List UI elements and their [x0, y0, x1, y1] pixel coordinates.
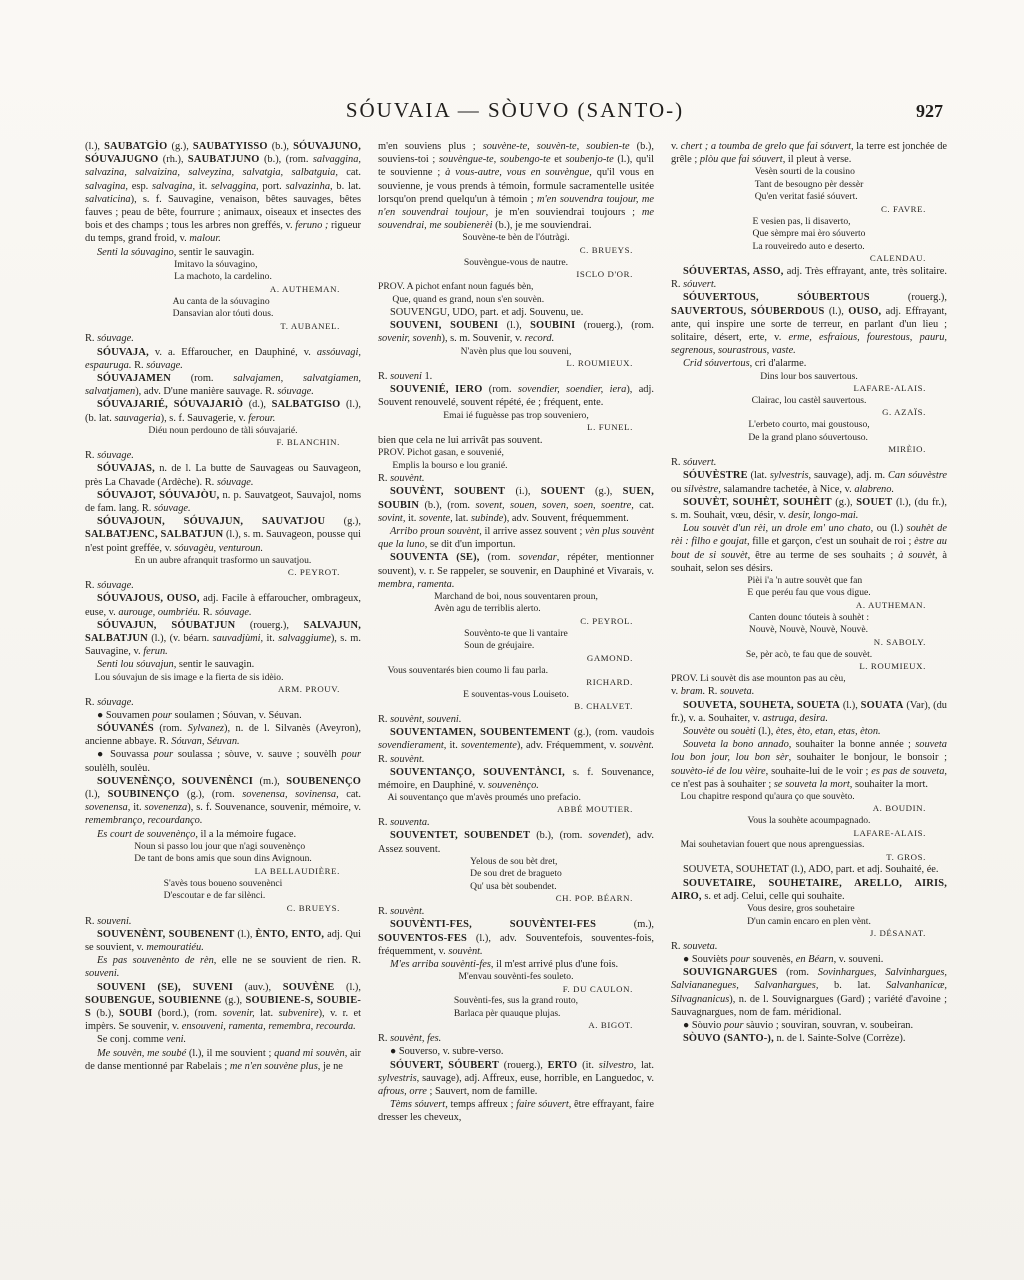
entry-paragraph: SÓUVAJAS, n. de l. La butte de Sauvageas… [85, 462, 361, 488]
continuation-paragraph: m'en souviens plus ; souvène-te, souvèn-… [378, 140, 654, 232]
entry-paragraph: SOUVENI (SE), SUVENI (auv.), SOUVÈNE (l.… [85, 981, 361, 1034]
attribution: CH. POP. BÉARN. [378, 893, 654, 905]
attribution: LA BELLAUDIÈRE. [85, 866, 361, 878]
verse-quote: M'envau souvènti-fes souleto. [459, 971, 574, 983]
quote-paragraph: Ai souventanço que m'avès proumés uno pr… [378, 792, 654, 804]
entry-paragraph: SÒUVO (SANTO-), n. de l. Sainte-Solve (C… [671, 1032, 947, 1045]
attribution: CALENDAU. [671, 253, 947, 265]
continuation-paragraph: bien que cela ne lui arrivât pas souvent… [378, 434, 654, 447]
entry-paragraph: SOUVETA, SOUHETAT (l.), ADO, part. et ad… [671, 863, 947, 876]
entry-paragraph: Es pas souvenènto de rèn, elle ne se sou… [85, 954, 361, 980]
verse-quote: Vous la souhète acoumpagnado. [748, 815, 871, 827]
attribution: A. BOUDIN. [671, 803, 947, 815]
entry-paragraph: SÓUVERTAS, ASSO, adj. Très effrayant, an… [671, 265, 947, 291]
continuation-paragraph: R. souvènt. [378, 905, 654, 918]
entry-paragraph: SOUVENTANÇO, SOUVENTÀNCI, s. f. Souvenan… [378, 766, 654, 792]
entry-paragraph: Me souvèn, me soubé (l.), il me souvient… [85, 1047, 361, 1073]
entry-paragraph: Arribo proun souvènt, il arrive assez so… [378, 525, 654, 551]
quote-paragraph: Mai souhetavian fouert que nous aprengue… [671, 839, 947, 851]
quote-paragraph: Vous souventarés bien coumo li fau parla… [378, 665, 654, 677]
entry-paragraph: SOUVENTET, SOUBENDET (b.), (rom. sovende… [378, 829, 654, 855]
verse-quote: Marchand de boi, nous souventaren proun,… [434, 591, 598, 616]
entry-paragraph: SOUVENI, SOUBENI (l.), SOUBINI (rouerg.)… [378, 319, 654, 345]
proverb: PROV. Li souvèt dis ase mounton pas au c… [671, 673, 947, 685]
entry-paragraph: SOUVENGU, UDO, part. et adj. Souvenu, ue… [378, 306, 654, 319]
entry-paragraph: SÓUVAJAMEN (rom. salvajamen, salvatgiame… [85, 372, 361, 398]
continuation-paragraph: R. souveni 1. [378, 370, 654, 383]
entry-paragraph: ● Souvièts pour souvenès, en Béarn, v. s… [671, 953, 947, 966]
verse-quote: En un aubre afranquit trasformo un sauva… [135, 555, 312, 567]
attribution: ARM. PROUV. [85, 684, 361, 696]
entry-paragraph: SÓUVAJA, v. a. Effaroucher, en Dauphiné,… [85, 346, 361, 372]
entry-paragraph: SÓUVERT, SÓUBERT (rouerg.), ERTO (it. si… [378, 1059, 654, 1099]
verse-quote: E vesien pas, li disaverto,Que sèmpre ma… [753, 216, 866, 253]
continuation-paragraph: R. souvènt, fes. [378, 1032, 654, 1045]
page-number: 927 [684, 101, 945, 122]
entry-paragraph: SOUVÈNT, SOUBENT (i.), SOUENT (g.), SUEN… [378, 485, 654, 525]
attribution: C. BRUEYS. [378, 245, 654, 257]
verse-quote: N'avèn plus que lou souveni, [461, 346, 572, 358]
attribution: RICHARD. [378, 677, 654, 689]
verse-quote: Souvènti-fes, sus la grand routo,Barlaca… [454, 995, 578, 1020]
verse-quote: Se, pèr acò, te fau que de souvèt. [746, 649, 872, 661]
entry-paragraph: SÓUVANÉS (rom. Sylvanez), n. de l. Silva… [85, 722, 361, 748]
entry-paragraph: SÓUVAJOUN, SÓUVAJUN, SAUVATJOU (g.), SAL… [85, 515, 361, 555]
entry-paragraph: SÓUVAJUN, SÓUBATJUN (rouerg.), SALVAJUN,… [85, 619, 361, 659]
entry-paragraph: SÓUVERTOUS, SÓUBERTOUS (rouerg.), SAUVER… [671, 291, 947, 357]
entry-paragraph: SOUVÈT, SOUHÈT, SOUHÈIT (g.), SOUET (l.)… [671, 496, 947, 522]
verse-quote: Au canta de la sóuvaginoDansavian alor t… [173, 296, 274, 321]
attribution: F. DU CAULON. [378, 984, 654, 996]
continuation-paragraph: v. bram. R. souveta. [671, 685, 947, 698]
continuation-paragraph: R. sóuvage. [85, 696, 361, 709]
entry-paragraph: Se conj. comme veni. [85, 1033, 361, 1046]
verse-quote: Pièi i'a 'n autre souvèt que fanE que pe… [747, 575, 870, 600]
proverb: PROV. A pichot enfant noun fagués bèn, Q… [378, 281, 654, 306]
entry-paragraph: ● Sòuvio pour sàuvio ; souviran, souvran… [671, 1019, 947, 1032]
proverb: PROV. Pichot gasan, e souvenié, Emplis l… [378, 447, 654, 472]
entry-paragraph: SOUVETAIRE, SOUHETAIRE, ARELLO, AIRIS, A… [671, 877, 947, 903]
attribution: ABBÉ MOUTIER. [378, 804, 654, 816]
attribution: A. BIGOT. [378, 1020, 654, 1032]
entry-paragraph: SOUVÈNTI-FES, SOUVÈNTEI-FES (m.), SOUVEN… [378, 918, 654, 958]
continuation-paragraph: R. souveta. [671, 940, 947, 953]
entry-paragraph: Senti la sóuvagino, sentir le sauvagin. [85, 246, 361, 259]
attribution: C. BRUEYS. [85, 903, 361, 915]
column-1: (l.), SAUBATGÌO (g.), SAUBATYISSO (b.), … [85, 140, 361, 1270]
attribution: C. FAVRE. [671, 204, 947, 216]
entry-paragraph: Tèms sóuvert, temps affreux ; faire sóuv… [378, 1098, 654, 1124]
entry-paragraph: Senti lou sóuvajun, sentir le sauvagin. [85, 658, 361, 671]
continuation-paragraph: R. sóuvage. [85, 449, 361, 462]
entry-paragraph: ● Souvassa pour soulassa ; sòuve, v. sau… [85, 748, 361, 774]
attribution: C. PEYROT. [85, 567, 361, 579]
verse-quote: Dins lour bos sauvertous. [760, 371, 858, 383]
attribution: A. AUTHEMAN. [85, 284, 361, 296]
entry-paragraph: Souvète ou souèti (l.), ètes, èto, etan,… [671, 725, 947, 738]
verse-quote: Noun si passo lou jour que n'agi souvenè… [134, 841, 312, 866]
column-3: v. chert ; a toumba de grelo que fai sóu… [671, 140, 947, 1270]
continuation-paragraph: v. chert ; a toumba de grelo que fai sóu… [671, 140, 947, 166]
verse-quote: E souventas-vous Louiseto. [463, 689, 569, 701]
entry-paragraph: SÓUVAJOT, SÓUVAJÒU, n. p. Sauvatgeot, Sa… [85, 489, 361, 515]
attribution: T. GROS. [671, 852, 947, 864]
continuation-paragraph: R. souventa. [378, 816, 654, 829]
continuation-paragraph: R. sóuvage. [85, 332, 361, 345]
verse-quote: S'avès tous boueno souvenènciD'escoutar … [164, 878, 283, 903]
verse-quote: Imitavo la sóuvagino,La machoto, la card… [174, 259, 272, 284]
verse-quote: Souvène-te bèn de l'óutràgi. [462, 232, 569, 244]
text-columns: (l.), SAUBATGÌO (g.), SAUBATYISSO (b.), … [85, 140, 947, 1270]
attribution: L. FUNEL. [378, 422, 654, 434]
entry-paragraph: ● Souvamen pour soulamen ; Sóuvan, v. Sé… [85, 709, 361, 722]
attribution: L. ROUMIEUX. [378, 358, 654, 370]
verse-quote: Diéu noun perdouno de tàli sóuvajarié. [148, 425, 297, 437]
continuation-paragraph: R. sóuvert. [671, 456, 947, 469]
entry-paragraph: Souveta la bono annado, souhaiter la bon… [671, 738, 947, 791]
continuation-paragraph: R. sóuvage. [85, 579, 361, 592]
verse-quote: Vous desire, gros souhetaireD'un camin e… [747, 903, 871, 928]
column-2: m'en souviens plus ; souvène-te, souvèn-… [378, 140, 654, 1270]
attribution: L. ROUMIEUX. [671, 661, 947, 673]
verse-quote: Yelous de sou bèt dret,De sou dret de br… [470, 856, 562, 893]
entry-paragraph: SÓUVÈSTRE (lat. sylvestris, sauvage), ad… [671, 469, 947, 495]
entry-paragraph: SÓUVAJOUS, OUSO, adj. Facile à effarouch… [85, 592, 361, 618]
continuation-paragraph: (l.), SAUBATGÌO (g.), SAUBATYISSO (b.), … [85, 140, 361, 246]
quote-paragraph: Lou sóuvajun de sis image e la fierta de… [85, 672, 361, 684]
running-title: SÓUVAIA — SÒUVO (SANTO-) [346, 98, 684, 123]
continuation-paragraph: R. souvènt. [378, 472, 654, 485]
entry-paragraph: SOUVENIÉ, IERO (rom. sovendier, soendier… [378, 383, 654, 409]
attribution: LAFARE-ALAIS. [671, 383, 947, 395]
entry-paragraph: Es court de souvenènço, il a la mémoire … [85, 828, 361, 841]
attribution: GAMOND. [378, 653, 654, 665]
entry-paragraph: SOUVENÈNÇO, SOUVENÈNCI (m.), SOUBENENÇO … [85, 775, 361, 828]
attribution: G. AZAÏS. [671, 407, 947, 419]
continuation-paragraph: R. souvènt, souveni. [378, 713, 654, 726]
entry-paragraph: ● Souverso, v. subre-verso. [378, 1045, 654, 1058]
entry-paragraph: Crid sóuvertous, cri d'alarme. [671, 357, 947, 370]
attribution: N. SABOLY. [671, 637, 947, 649]
continuation-paragraph: R. souveni. [85, 915, 361, 928]
entry-paragraph: Lou souvèt d'un rèi, un drole em' uno ch… [671, 522, 947, 575]
attribution: J. DÉSANAT. [671, 928, 947, 940]
verse-quote: L'erbeto courto, mai goustouso,De la gra… [748, 419, 869, 444]
verse-quote: Clairac, lou castèl sauvertous. [752, 395, 867, 407]
attribution: B. CHALVET. [378, 701, 654, 713]
attribution: T. AUBANEL. [85, 321, 361, 333]
attribution: MIRÈIO. [671, 444, 947, 456]
attribution: A. AUTHEMAN. [671, 600, 947, 612]
attribution: LAFARE-ALAIS. [671, 828, 947, 840]
entry-paragraph: SOUVENTAMEN, SOUBENTEMENT (g.), (rom. va… [378, 726, 654, 766]
entry-paragraph: SOUVENTA (SE), (rom. sovendar, répéter, … [378, 551, 654, 591]
entry-paragraph: M'es arriba souvènti-fes, il m'est arriv… [378, 958, 654, 971]
entry-paragraph: SOUVENÈNT, SOUBENENT (l.), ÈNTO, ENTO, a… [85, 928, 361, 954]
verse-quote: Vesèn sourti de la cousinoTant de besoug… [755, 166, 864, 203]
dictionary-page: SÓUVAIA — SÒUVO (SANTO-) 927 (l.), SAUBA… [0, 0, 1024, 1280]
page-header: SÓUVAIA — SÒUVO (SANTO-) 927 [85, 98, 945, 132]
entry-paragraph: SOUVIGNARGUES (rom. Sovinhargues, Salvin… [671, 966, 947, 1019]
verse-quote: Emai ié fuguèsse pas trop souveniero, [443, 410, 588, 422]
verse-quote: Souvèngue-vous de nautre. [464, 257, 568, 269]
entry-paragraph: SÓUVAJARIÉ, SÓUVAJARIÒ (d.), SALBATGISO … [85, 398, 361, 424]
entry-paragraph: SOUVETA, SOUHETA, SOUETA (l.), SOUATA (V… [671, 699, 947, 725]
verse-quote: Canten dounc tóuteis à souhèt :Nouvè, No… [749, 612, 869, 637]
attribution: ISCLO D'OR. [378, 269, 654, 281]
verse-quote: Souvènto-te que li vantaireSoun de gréuj… [464, 628, 568, 653]
attribution: C. PEYROL. [378, 616, 654, 628]
attribution: F. BLANCHIN. [85, 437, 361, 449]
quote-paragraph: Lou chapitre respond qu'aura ço que souv… [671, 791, 947, 803]
